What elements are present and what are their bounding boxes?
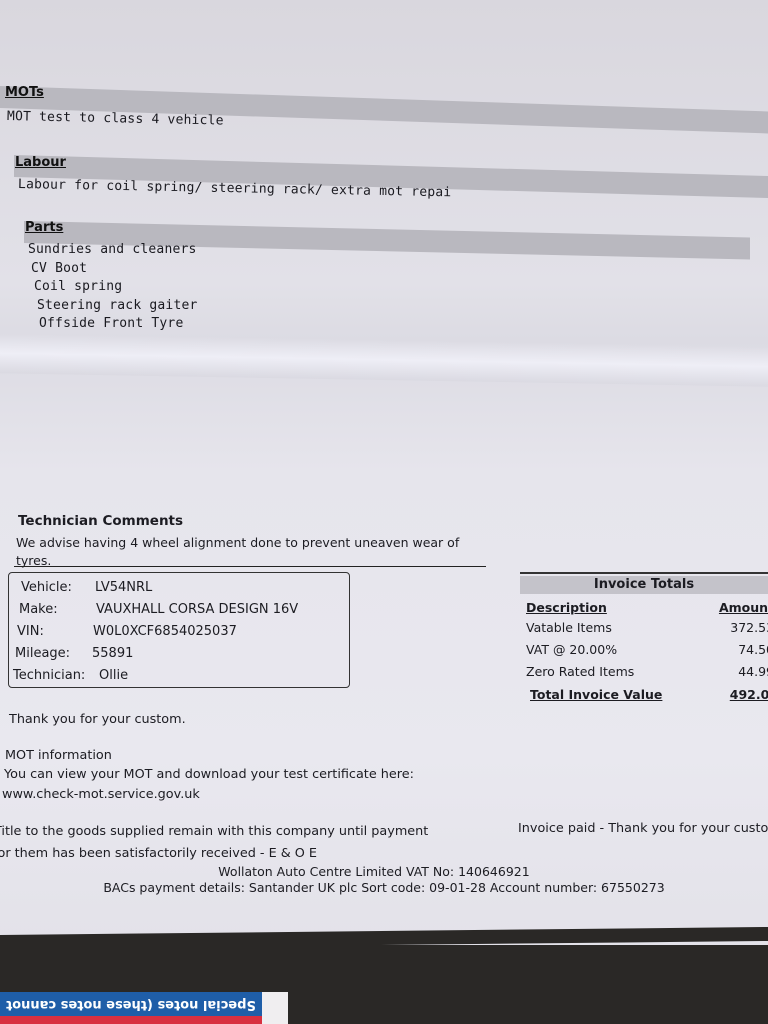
- totals-amount: 372.53: [730, 620, 768, 635]
- totals-row: Zero Rated Items 44.99: [526, 664, 768, 679]
- divider: [520, 572, 768, 574]
- special-notes-leaflet: Special notes (these notes cannot: [0, 992, 288, 1024]
- description-header: Description: [526, 600, 607, 615]
- vehicle-row-vin: VIN:W0L0XCF6854025037: [17, 624, 237, 639]
- divider: [14, 566, 486, 567]
- mot-info-title: MOT information: [5, 748, 112, 763]
- technician-comments-title: Technician Comments: [18, 513, 183, 529]
- parts-item: Coil spring: [34, 279, 122, 294]
- total-amount: 492.02: [730, 687, 768, 702]
- mot-link[interactable]: www.check-mot.service.gov.uk: [2, 787, 200, 802]
- vehicle-row-mileage: Mileage:55891: [15, 646, 133, 661]
- invoice-paid-text: Invoice paid - Thank you for your custom: [518, 821, 768, 836]
- technician-comments-text: We advise having 4 wheel alignment done …: [16, 534, 476, 570]
- vehicle-value: 55891: [92, 646, 133, 661]
- title-terms-line1: Title to the goods supplied remain with …: [0, 824, 428, 839]
- totals-row: VAT @ 20.00% 74.50: [526, 642, 768, 657]
- mots-header-band: [0, 86, 768, 134]
- totals-amount: 44.99: [738, 664, 768, 679]
- mots-title: MOTs: [5, 85, 44, 100]
- vehicle-label: Mileage:: [15, 646, 92, 661]
- invoice-page: MOTs MOT test to class 4 vehicle Labour …: [0, 0, 768, 945]
- thank-you-text: Thank you for your custom.: [9, 712, 186, 727]
- invoice-totals-title: Invoice Totals: [520, 576, 768, 594]
- vehicle-value: W0L0XCF6854025037: [93, 624, 237, 639]
- totals-row: Vatable Items 372.53: [526, 620, 768, 635]
- company-vat-text: Wollaton Auto Centre Limited VAT No: 140…: [0, 864, 758, 879]
- parts-title: Parts: [25, 220, 63, 235]
- vehicle-label: Technician:: [13, 668, 99, 683]
- vehicle-label: Vehicle:: [21, 580, 95, 595]
- labour-title: Labour: [15, 155, 66, 170]
- parts-item: Steering rack gaiter: [37, 298, 198, 313]
- mot-info-text: You can view your MOT and download your …: [4, 767, 414, 782]
- vehicle-details-box: Vehicle:LV54NRL Make:VAUXHALL CORSA DESI…: [8, 572, 350, 688]
- parts-item: Sundries and cleaners: [28, 242, 197, 257]
- amount-header: Amount: [719, 600, 768, 615]
- vehicle-row-technician: Technician:Ollie: [13, 668, 128, 683]
- vehicle-row-make: Make:VAUXHALL CORSA DESIGN 16V: [19, 602, 298, 617]
- vehicle-label: Make:: [19, 602, 96, 617]
- parts-item: Offside Front Tyre: [39, 316, 183, 331]
- parts-item: CV Boot: [31, 261, 87, 276]
- totals-description: Zero Rated Items: [526, 664, 634, 679]
- leaflet-banner: Special notes (these notes cannot: [0, 992, 262, 1016]
- totals-header-row: Description Amount: [526, 600, 768, 615]
- title-terms-line2: for them has been satisfactorily receive…: [0, 846, 317, 861]
- totals-total-row: Total Invoice Value 492.02: [530, 687, 768, 702]
- vehicle-label: VIN:: [17, 624, 93, 639]
- totals-description: VAT @ 20.00%: [526, 642, 617, 657]
- vehicle-value: Ollie: [99, 668, 128, 683]
- total-description: Total Invoice Value: [530, 687, 662, 702]
- bacs-details-text: BACs payment details: Santander UK plc S…: [0, 880, 768, 895]
- vehicle-row-registration: Vehicle:LV54NRL: [21, 580, 152, 595]
- leaflet-red-stripe: [0, 1016, 262, 1024]
- totals-description: Vatable Items: [526, 620, 612, 635]
- vehicle-value: VAUXHALL CORSA DESIGN 16V: [96, 602, 298, 617]
- totals-amount: 74.50: [738, 642, 768, 657]
- paper-fold: [0, 333, 768, 386]
- vehicle-value: LV54NRL: [95, 580, 152, 595]
- mots-item: MOT test to class 4 vehicle: [7, 109, 224, 129]
